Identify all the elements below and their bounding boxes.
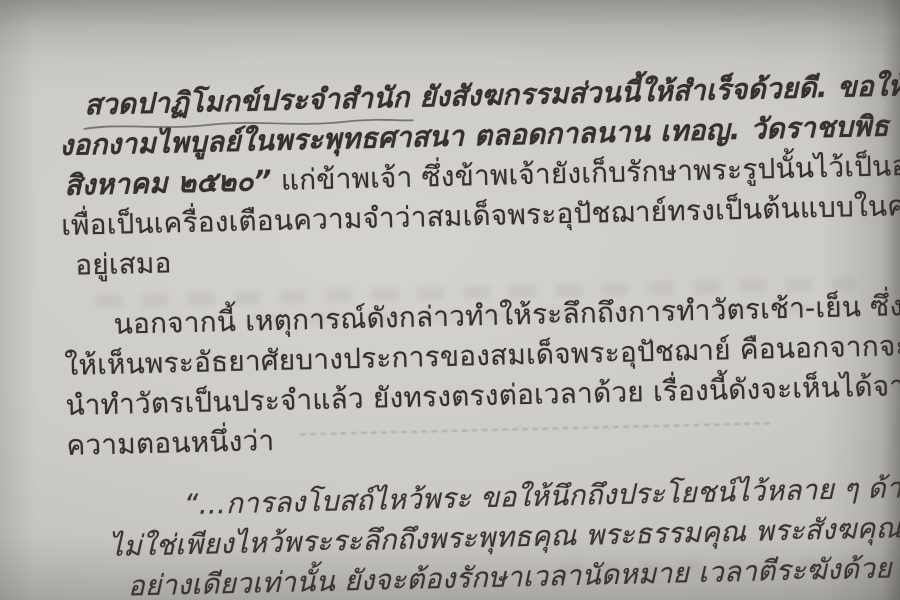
paragraph1-line1-rest: ยังสังฆกรรมส่วนนี้ให้สำเร็จด้วยดี. ขอให้… bbox=[409, 65, 900, 114]
faint-dotted-showthrough-line bbox=[300, 422, 770, 435]
underlined-phrase: สวดปาฏิโมกข์ประจำสำนัก bbox=[84, 78, 410, 126]
paragraph2-line4-text: ความตอนหนึ่งว่า bbox=[66, 424, 275, 462]
page-text-block: สวดปาฏิโมกข์ประจำสำนัก ยังสังฆกรรมส่วนนี… bbox=[58, 66, 900, 600]
photographed-book-page: สวดปาฏิโมกข์ประจำสำนัก ยังสังฆกรรมส่วนนี… bbox=[0, 0, 900, 600]
paragraph1-line3-bold: สิงหาคม ๒๕๒๐” bbox=[64, 164, 272, 202]
